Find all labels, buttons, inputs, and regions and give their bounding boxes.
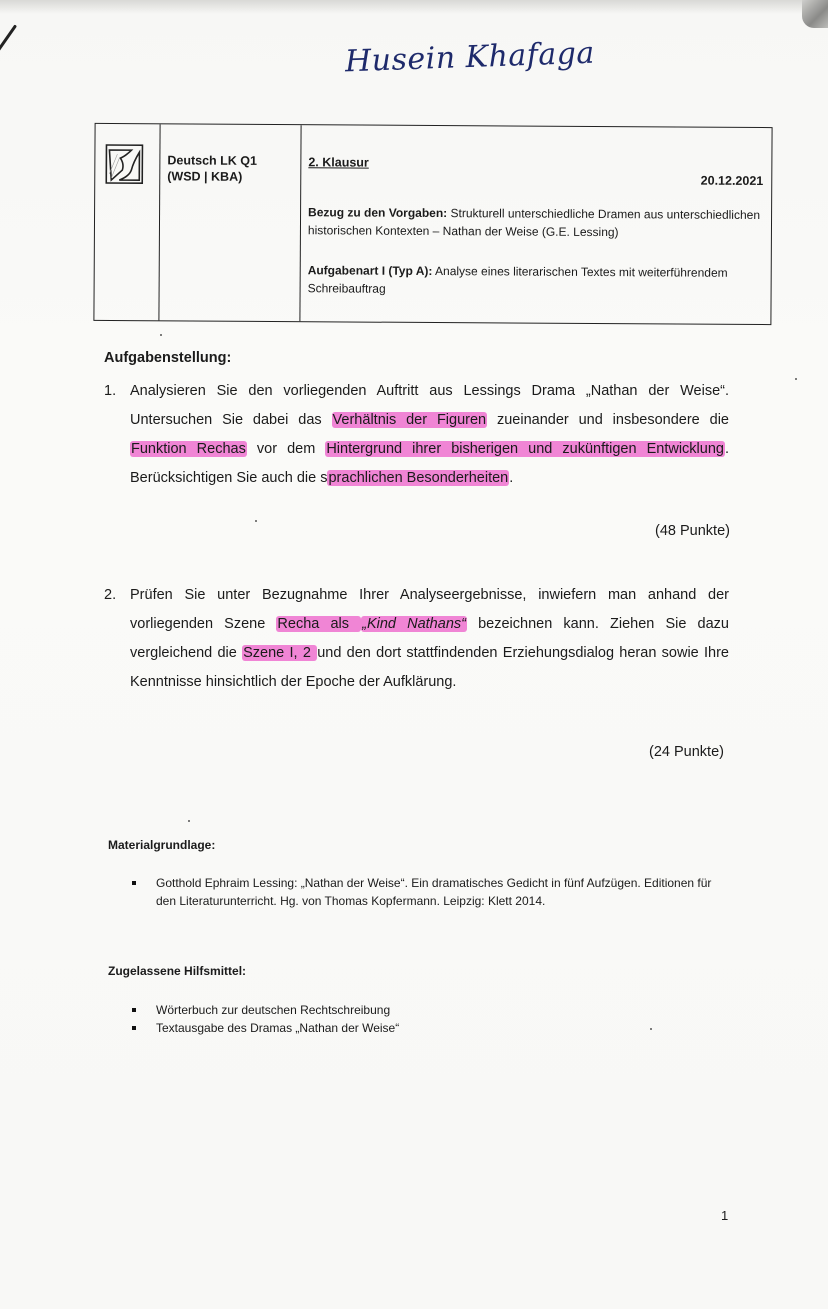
task-number: 1.	[104, 377, 116, 406]
exam-info-cell: 2. Klausur 20.12.2021 Bezug zu den Vorga…	[299, 125, 771, 324]
tasks-heading: Aufgabenstellung:	[104, 350, 231, 366]
scan-speck	[255, 520, 257, 522]
bezug-label: Bezug zu den Vorgaben:	[308, 205, 447, 220]
scan-speck	[795, 378, 797, 380]
task-2: 2. Prüfen Sie unter Bezugnahme Ihrer Ana…	[104, 581, 729, 697]
exam-date: 20.12.2021	[701, 174, 764, 188]
highlighted-text: „Kind Nathans“	[361, 616, 467, 632]
highlighted-text: prachlichen Besonderheiten	[327, 470, 509, 486]
task-1-points: (48 Punkte)	[655, 523, 730, 539]
material-list: Gotthold Ephraim Lessing: „Nathan der We…	[132, 874, 732, 910]
page-number: 1	[721, 1208, 728, 1223]
course-teachers: (WSD | KBA)	[167, 168, 257, 185]
material-item: Gotthold Ephraim Lessing: „Nathan der We…	[132, 874, 732, 910]
scanned-exam-page: Husein Khafaga Deutsch LK Q1 (WSD | KBA)…	[0, 0, 828, 1309]
logo-cell	[94, 124, 160, 320]
highlighted-text: Szene I, 2	[242, 645, 317, 661]
task-text: Prüfen Sie unter Bezugnahme Ihrer Analys…	[130, 581, 729, 697]
exam-title: 2. Klausur	[308, 155, 369, 169]
scan-speck	[188, 820, 190, 822]
course-info: Deutsch LK Q1 (WSD | KBA)	[167, 152, 257, 185]
folded-corner	[802, 0, 828, 28]
task-text-segment: zueinander und insbesondere die	[487, 412, 729, 428]
aids-list: Wörterbuch zur deutschen Rechtschreibung…	[132, 1001, 732, 1037]
task-text-segment: .	[509, 470, 513, 486]
aids-item: Wörterbuch zur deutschen Rechtschreibung	[132, 1001, 732, 1019]
exam-header-table: Deutsch LK Q1 (WSD | KBA) 2. Klausur 20.…	[93, 123, 772, 325]
pen-mark	[0, 24, 17, 55]
task-text: Analysieren Sie den vorliegenden Auftrit…	[130, 377, 729, 493]
task-2-points: (24 Punkte)	[649, 744, 724, 760]
aids-heading: Zugelassene Hilfsmittel:	[108, 964, 246, 978]
highlighted-text: Funktion Rechas	[130, 441, 247, 457]
course-cell: Deutsch LK Q1 (WSD | KBA)	[158, 124, 301, 321]
material-heading: Materialgrundlage:	[108, 838, 215, 852]
aufgabenart-label: Aufgabenart I (Typ A):	[308, 263, 433, 278]
handwritten-student-name: Husein Khafaga	[344, 36, 595, 80]
highlighted-text: Hintergrund ihrer bisherigen und zukünft…	[325, 441, 725, 457]
course-name: Deutsch LK Q1	[167, 152, 257, 169]
task-number: 2.	[104, 581, 116, 610]
task-text-segment: vor dem	[247, 441, 326, 457]
task-1: 1. Analysieren Sie den vorliegenden Auft…	[104, 377, 729, 493]
bezug-vorgaben: Bezug zu den Vorgaben: Strukturell unter…	[308, 203, 765, 242]
highlighted-text: Verhältnis der Figuren	[332, 412, 488, 428]
scan-shadow	[0, 0, 828, 14]
scan-speck	[650, 1028, 652, 1030]
school-logo-icon	[105, 144, 143, 184]
highlighted-text: Recha als	[276, 616, 361, 632]
aufgabenart: Aufgabenart I (Typ A): Analyse eines lit…	[308, 261, 765, 300]
scan-speck	[160, 334, 162, 336]
aids-item: Textausgabe des Dramas „Nathan der Weise…	[132, 1019, 732, 1037]
